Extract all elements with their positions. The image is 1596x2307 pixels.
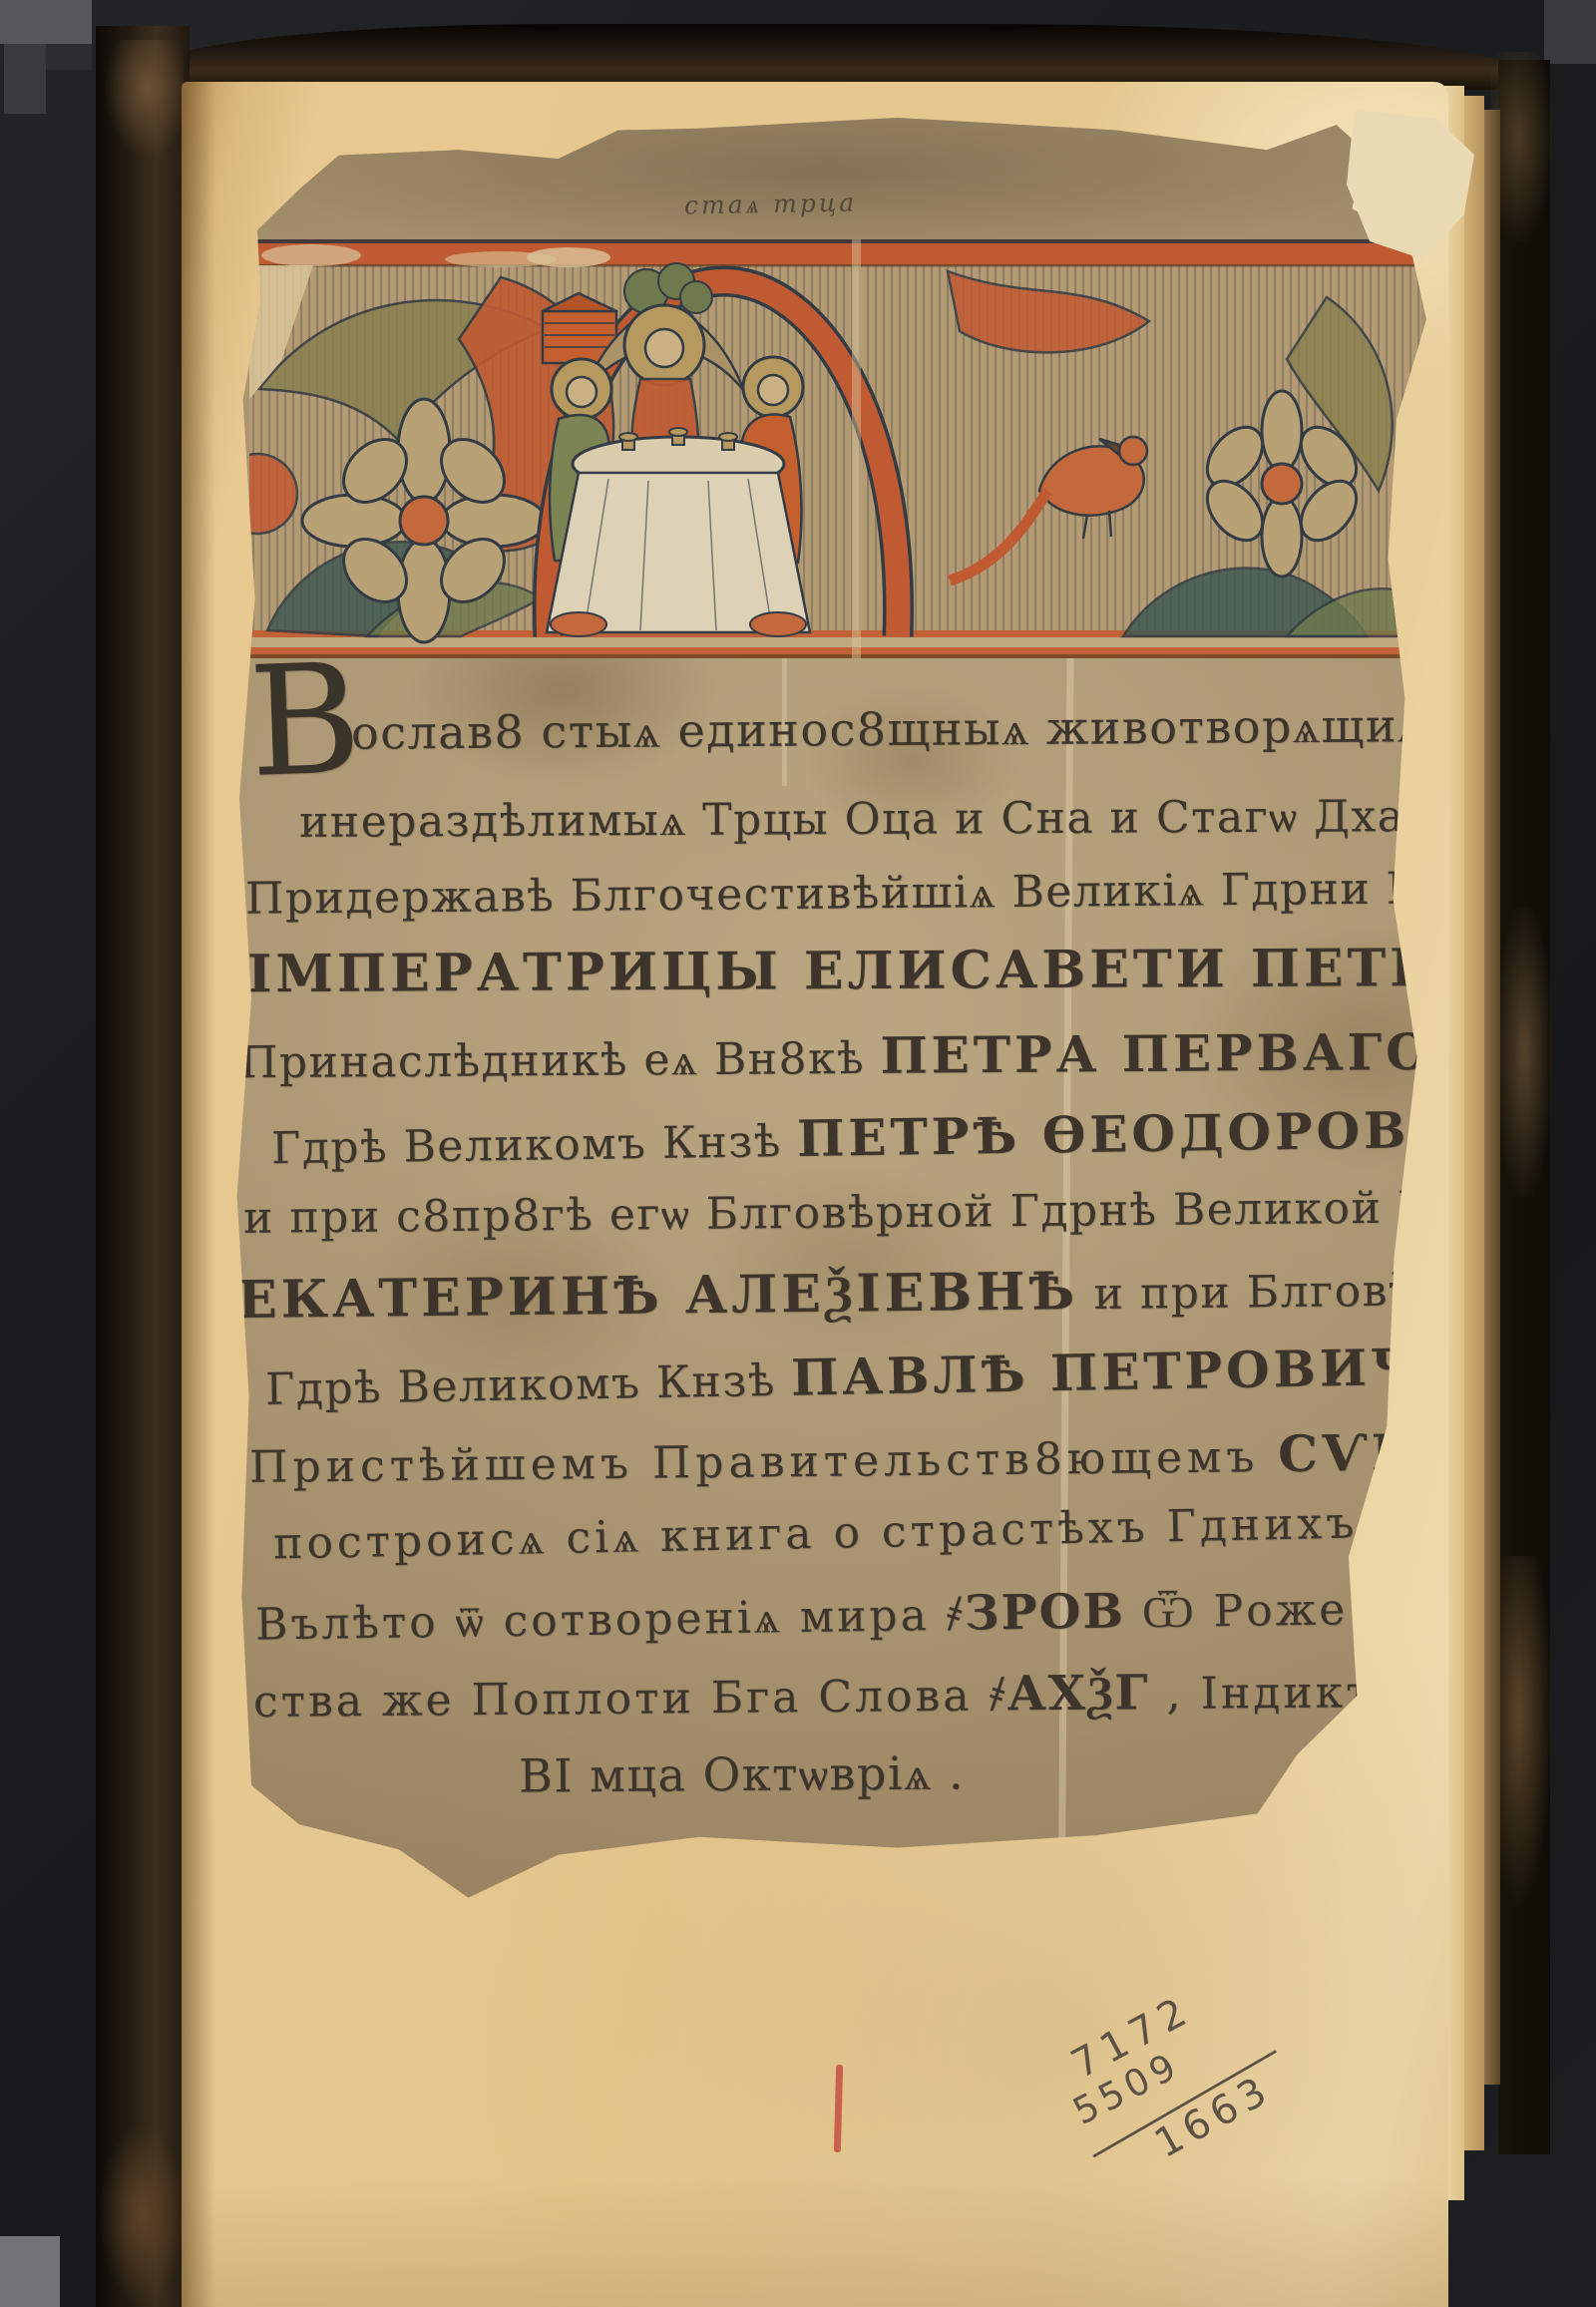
colophon-line: ства же Поплоти Бга Слова ҂АХѮГ , Індикт… xyxy=(253,1663,1402,1729)
colophon-line: ослав8 стыѧ единос8щныѧ животворѧщиѧ xyxy=(351,698,1426,760)
colophon-line-segment: Вълѣто ѿ сотвореніѧ мира xyxy=(255,1590,947,1651)
colophon-line-segment: Принаслѣдникѣ еѧ Вн8кѣ xyxy=(239,1033,881,1088)
page-fore-edge-shadow xyxy=(1484,110,1500,2085)
colophon-initial: В xyxy=(247,654,363,787)
backdrop-gray-patch xyxy=(4,44,46,114)
page-bottom-shadow xyxy=(182,2174,1448,2307)
colophon-line: Придержавѣ Блгочестивѣйшіѧ Великіѧ Гдрни… xyxy=(245,862,1551,924)
imperial-name: ЕКАТЕРИНѢ АЛЕѮІЕВНѢ xyxy=(237,1261,1079,1331)
imperial-name: ІМПЕРАТРИЦЫ ЕЛИСАВЕТИ ПЕТРОВНЫ xyxy=(247,937,1596,1004)
colophon-line-segment: Гдрѣ Великомъ Кнзѣ xyxy=(265,1355,792,1415)
colophon-line-segment: Ѿ Роже xyxy=(1125,1584,1349,1638)
leather-wear-patch xyxy=(1496,908,1552,1197)
colophon-line-segment: Гдрѣ Великомъ Кнзѣ xyxy=(271,1116,798,1174)
spine-wear xyxy=(104,40,184,160)
colophon-line: Гдрѣ Великомъ Кнзѣ ПЕТРѢ ѲЕОДОРОВИЧѢ : xyxy=(271,1098,1596,1176)
colophon-line: ІМПЕРАТРИЦЫ ЕЛИСАВЕТИ ПЕТРОВНЫ всеѧ Росі… xyxy=(247,936,1596,1004)
year-from-creation: ҂ЗРОВ xyxy=(946,1583,1125,1641)
colophon-line: Вълѣто ѿ сотвореніѧ мира ҂ЗРОВ Ѿ Роже xyxy=(255,1580,1349,1651)
year-from-nativity: ҂АХѮГ xyxy=(989,1665,1150,1722)
trinity-caption: стаѧ трца xyxy=(684,188,858,220)
imperial-name: ПЕТРА ПЕРВАГО. xyxy=(880,1022,1454,1085)
backdrop-gray-patch xyxy=(0,0,92,44)
page-gutter-shadow xyxy=(182,82,215,2307)
colophon-line: Гдрѣ Великомъ Кнзѣ ПАВЛѢ ПЕТРОВИЧѢ . xyxy=(265,1336,1512,1416)
colophon-line: инераздѣлимыѧ Трцы Оца и Сна и Стагѡ Дха xyxy=(299,791,1405,848)
colophon-line: ВІ мца Октѡвріѧ . xyxy=(519,1745,965,1802)
colophon-line-segment: Пристѣйшемъ Правительств8ющемъ xyxy=(249,1431,1279,1493)
colophon-line: и при с8пр8гѣ егѡ Блговѣрной Гдрнѣ Велик… xyxy=(243,1181,1578,1244)
page-fore-edge xyxy=(1464,96,1484,2150)
colophon-line-segment: ства же Поплоти Бга Слова xyxy=(253,1671,990,1728)
trinity-headpiece-miniature xyxy=(249,239,1421,658)
spine-wear xyxy=(100,2124,186,2304)
colophon-line: Принаслѣдникѣ еѧ Вн8кѣ ПЕТРА ПЕРВАГО. Бл… xyxy=(239,1020,1596,1090)
backdrop-gray-patch xyxy=(46,44,92,70)
photo-of-manuscript-page: стаѧ трца xyxy=(0,0,1596,2307)
colophon-line: построисѧ сіѧ книга о страстѣхъ Гднихъ xyxy=(273,1498,1359,1570)
colophon-line: ЕКАТЕРИНѢ АЛЕѮІЕВНѢ и при Блговѣрномъ xyxy=(237,1256,1570,1331)
backdrop-gray-patch xyxy=(0,2236,60,2307)
book-spine xyxy=(96,26,190,2307)
colophon-line: Пристѣйшемъ Правительств8ющемъ СѴНОДѢ xyxy=(249,1421,1567,1494)
book-top-edge xyxy=(150,24,1528,90)
manuscript-fragment: стаѧ трца xyxy=(227,118,1426,1903)
